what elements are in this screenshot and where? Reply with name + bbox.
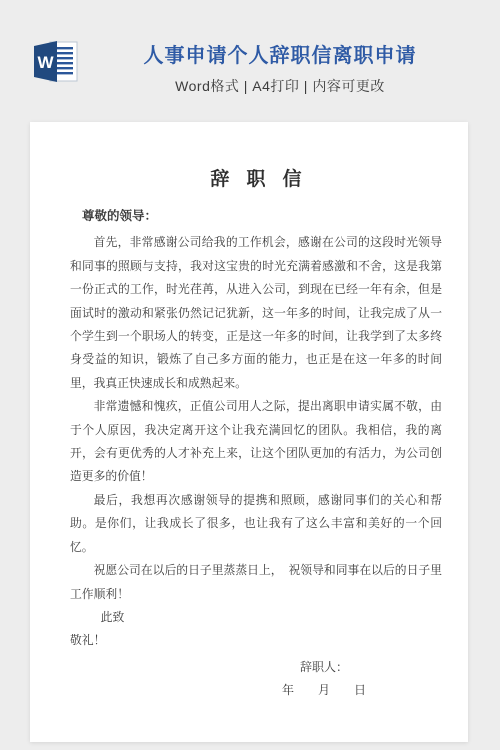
letter-title: 辞 职 信 <box>70 167 442 191</box>
page-title: 人事申请个人辞职信离职申请 <box>70 43 490 69</box>
letter-paragraph-1: 首先，非常感谢公司给我的工作机会，感谢在公司的这段时光领导和同事的照顾与支持，我… <box>70 231 442 395</box>
document-page: 辞 职 信 尊敬的领导： 首先，非常感谢公司给我的工作机会，感谢在公司的这段时光… <box>30 122 468 742</box>
header: W 人事申请个人辞职信离职申请 Word格式 | A4打印 | 内容可更改 <box>0 0 500 122</box>
letter-paragraph-3: 最后，我想再次感谢领导的提携和照顾，感谢同事们的关心和帮助。是你们，让我成长了很… <box>70 489 442 559</box>
page-canvas: W 人事申请个人辞职信离职申请 Word格式 | A4打印 | 内容可更改 辞 … <box>0 0 500 750</box>
signature-block: 辞职人： 年 月 日 <box>282 656 366 703</box>
date-line: 年 月 日 <box>282 679 366 702</box>
letter-paragraph-4: 祝愿公司在以后的日子里蒸蒸日上， 祝领导和同事在以后的日子里工作顺利！ <box>70 559 442 606</box>
letter-closing-cizhi: 此致 <box>70 606 442 629</box>
letter-closing-jingli: 敬礼！ <box>70 629 442 652</box>
letter-salutation: 尊敬的领导： <box>70 204 442 227</box>
page-subtitle: Word格式 | A4打印 | 内容可更改 <box>70 76 490 96</box>
word-icon-letter: W <box>37 53 54 72</box>
letter-body: 辞 职 信 尊敬的领导： 首先，非常感谢公司给我的工作机会，感谢在公司的这段时光… <box>70 122 442 703</box>
signer-label: 辞职人： <box>282 656 366 679</box>
header-text: 人事申请个人辞职信离职申请 Word格式 | A4打印 | 内容可更改 <box>70 43 490 96</box>
letter-paragraph-2: 非常遗憾和愧疚，正值公司用人之际，提出离职申请实属不敬，由于个人原因，我决定离开… <box>70 395 442 489</box>
